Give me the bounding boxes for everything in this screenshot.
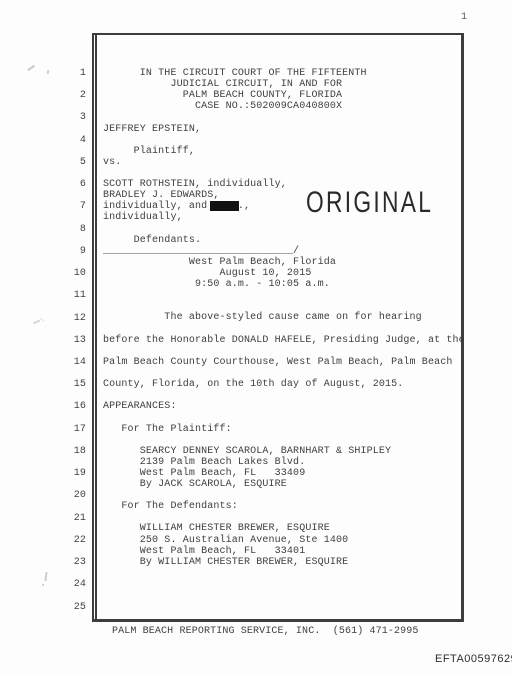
page-number: 1 (461, 12, 467, 24)
line-number: 10 (0, 268, 86, 279)
line-number: 16 (0, 401, 86, 412)
margin-pencil-mark (27, 61, 53, 79)
line-number: 22 (0, 535, 86, 546)
line-number: 25 (0, 602, 86, 613)
line-number: 14 (0, 357, 86, 368)
line-number: 6 (0, 179, 86, 190)
line-number: 4 (0, 135, 86, 146)
line-number: 7 (0, 201, 86, 212)
line-number: 15 (0, 379, 86, 390)
redaction-box (210, 201, 239, 211)
transcript-page: 1 12345678910111213141516171819202122232… (0, 0, 512, 676)
margin-pencil-mark (41, 572, 53, 590)
line-number: 8 (0, 224, 86, 235)
line-number: 23 (0, 557, 86, 568)
line-number: 3 (0, 112, 86, 123)
line-number: 5 (0, 157, 86, 168)
line-number: 13 (0, 335, 86, 346)
line-number: 18 (0, 446, 86, 457)
line-number: 20 (0, 490, 86, 501)
transcript-text: IN THE CIRCUIT COURT OF THE FIFTEENTH JU… (103, 68, 465, 568)
line-number: 21 (0, 513, 86, 524)
line-number: 11 (0, 290, 86, 301)
original-stamp: ORIGINAL (306, 186, 433, 220)
reporter-footer: PALM BEACH REPORTING SERVICE, INC. (561)… (112, 626, 419, 638)
margin-pencil-mark (33, 316, 49, 328)
line-number: 19 (0, 468, 86, 479)
line-number: 2 (0, 90, 86, 101)
line-number: 9 (0, 246, 86, 257)
bates-number: EFTA00597629 (435, 653, 512, 665)
line-number: 17 (0, 424, 86, 435)
